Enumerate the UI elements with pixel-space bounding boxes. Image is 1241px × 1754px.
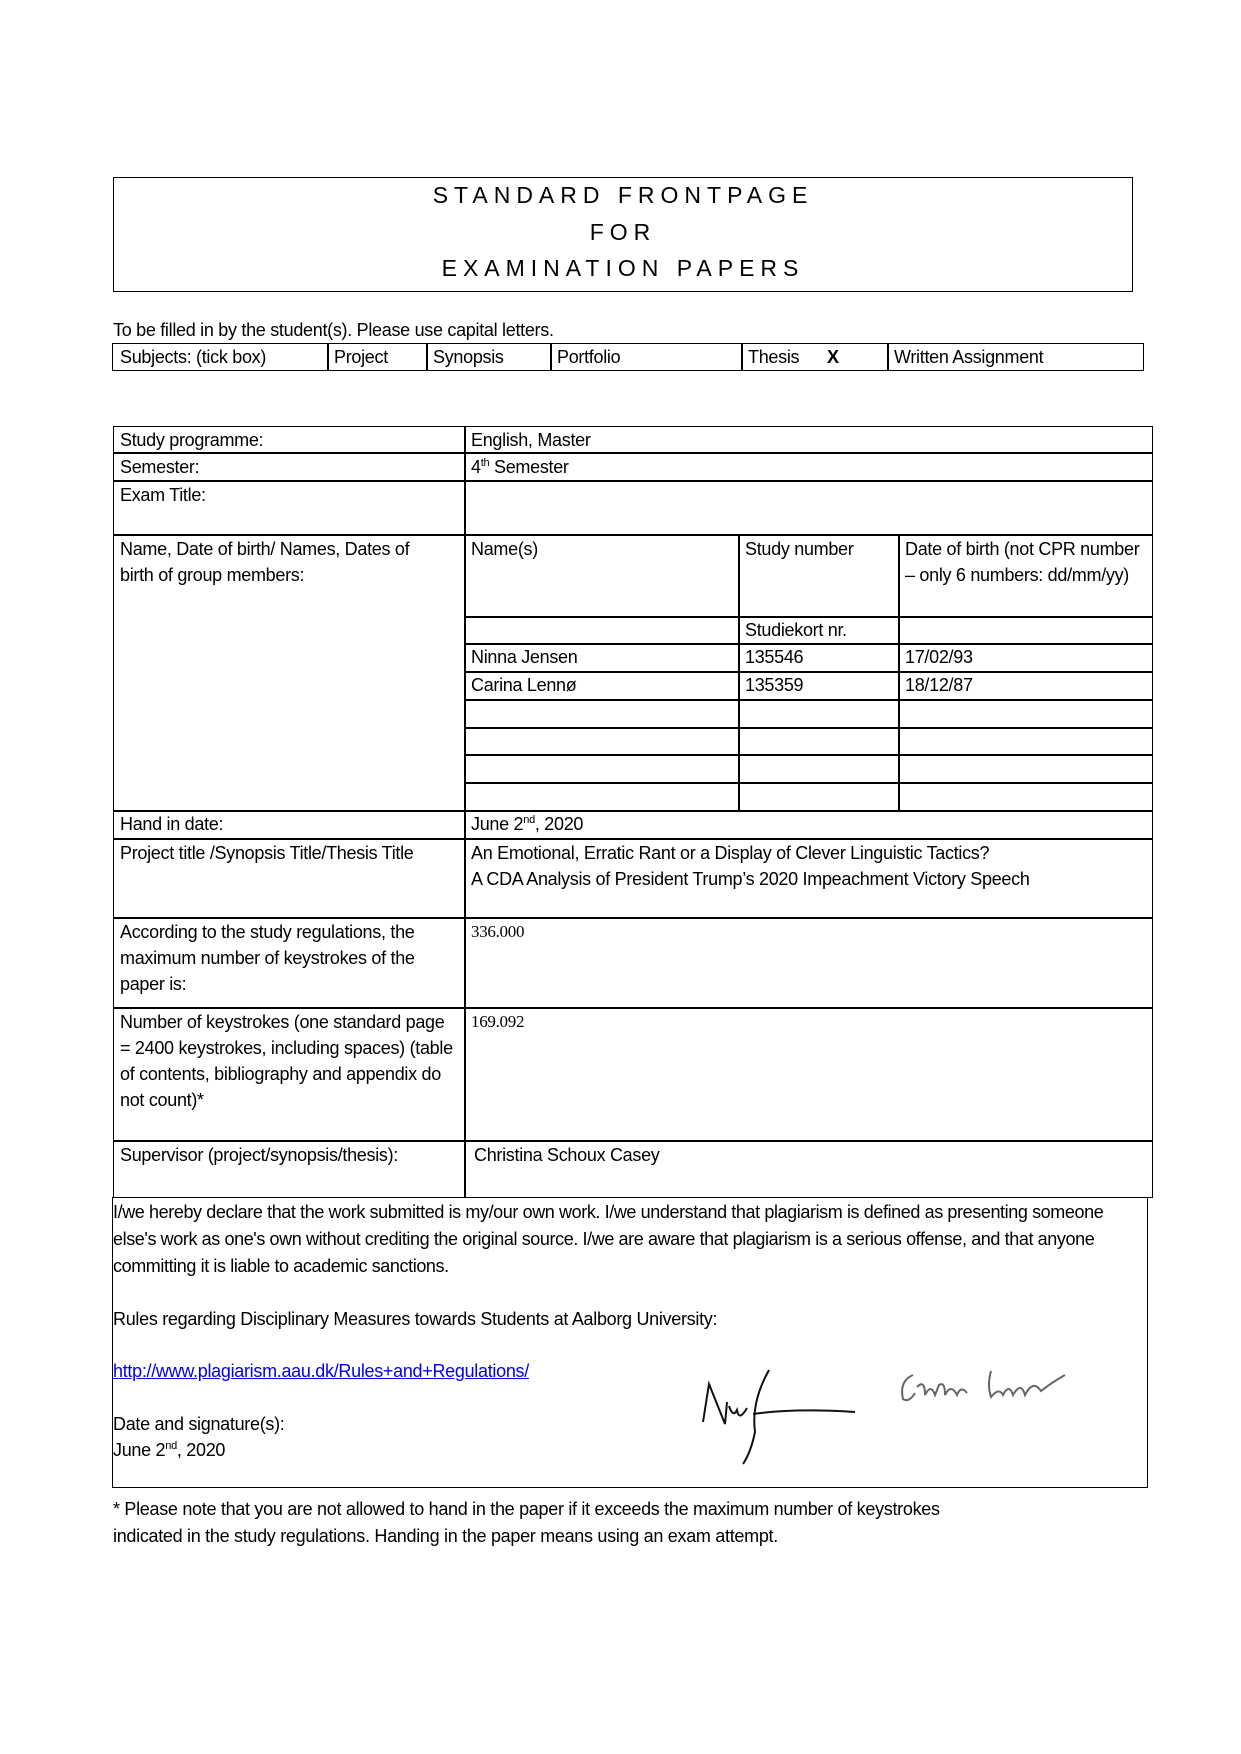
member-1-name[interactable]: Ninna Jensen bbox=[471, 644, 577, 670]
project-title-line-1[interactable]: An Emotional, Erratic Rant or a Display … bbox=[471, 840, 989, 866]
member-2-name[interactable]: Carina Lennø bbox=[471, 672, 576, 698]
title-line-3: EXAMINATION PAPERS bbox=[114, 255, 1132, 282]
keystrokes-label: Number of keystrokes (one standard page … bbox=[120, 1009, 458, 1113]
exam-title-label: Exam Title: bbox=[120, 482, 206, 508]
members-header-study-number: Study number bbox=[745, 536, 853, 562]
semester-value[interactable]: 4th Semester bbox=[471, 454, 569, 480]
members-label: Name, Date of birth/ Names, Dates of bir… bbox=[120, 536, 420, 588]
title-line-2: FOR bbox=[114, 219, 1132, 246]
subject-option-synopsis[interactable]: Synopsis bbox=[433, 344, 504, 370]
signature-carina-lenno bbox=[895, 1365, 1080, 1410]
hand-in-date-value[interactable]: June 2nd, 2020 bbox=[471, 811, 583, 837]
member-2-study-number[interactable]: 135359 bbox=[745, 672, 803, 698]
subject-option-thesis[interactable]: Thesis bbox=[748, 344, 799, 370]
supervisor-value[interactable]: Christina Schoux Casey bbox=[474, 1142, 660, 1168]
supervisor-label: Supervisor (project/synopsis/thesis): bbox=[120, 1142, 398, 1168]
thesis-check-mark[interactable]: X bbox=[827, 344, 839, 370]
subjects-label: Subjects: (tick box) bbox=[120, 344, 266, 370]
max-keystrokes-label: According to the study regulations, the … bbox=[120, 919, 455, 997]
declaration-text: I/we hereby declare that the work submit… bbox=[113, 1199, 1143, 1280]
project-title-label: Project title /Synopsis Title/Thesis Tit… bbox=[120, 840, 450, 866]
members-header-dob: Date of birth (not CPR number – only 6 n… bbox=[905, 536, 1145, 588]
member-1-study-number[interactable]: 135546 bbox=[745, 644, 803, 670]
title-line-1: STANDARD FRONTPAGE bbox=[114, 182, 1132, 209]
project-title-line-2[interactable]: A CDA Analysis of President Trump’s 2020… bbox=[471, 866, 1030, 892]
members-subheader-studiekort: Studiekort nr. bbox=[745, 617, 847, 643]
member-1-dob[interactable]: 17/02/93 bbox=[905, 644, 973, 670]
instruction-text: To be filled in by the student(s). Pleas… bbox=[113, 317, 554, 343]
rules-link[interactable]: http://www.plagiarism.aau.dk/Rules+and+R… bbox=[113, 1358, 529, 1384]
max-keystrokes-value[interactable]: 336.000 bbox=[471, 919, 524, 945]
signature-ninna-jensen bbox=[695, 1362, 860, 1472]
study-programme-label: Study programme: bbox=[120, 427, 263, 453]
semester-label: Semester: bbox=[120, 454, 199, 480]
subject-option-project[interactable]: Project bbox=[334, 344, 388, 370]
footnote-line-1: * Please note that you are not allowed t… bbox=[113, 1496, 940, 1522]
keystrokes-value[interactable]: 169.092 bbox=[471, 1009, 524, 1035]
rules-label: Rules regarding Disciplinary Measures to… bbox=[113, 1306, 717, 1332]
study-programme-value[interactable]: English, Master bbox=[471, 427, 591, 453]
date-signature-label: Date and signature(s): bbox=[113, 1411, 285, 1437]
subject-option-portfolio[interactable]: Portfolio bbox=[557, 344, 620, 370]
members-header-names: Name(s) bbox=[471, 536, 538, 562]
footnote-line-2: indicated in the study regulations. Hand… bbox=[113, 1523, 778, 1549]
declaration-date: June 2nd, 2020 bbox=[113, 1437, 225, 1463]
subject-option-written-assignment[interactable]: Written Assignment bbox=[894, 344, 1043, 370]
hand-in-date-label: Hand in date: bbox=[120, 811, 223, 837]
member-2-dob[interactable]: 18/12/87 bbox=[905, 672, 973, 698]
